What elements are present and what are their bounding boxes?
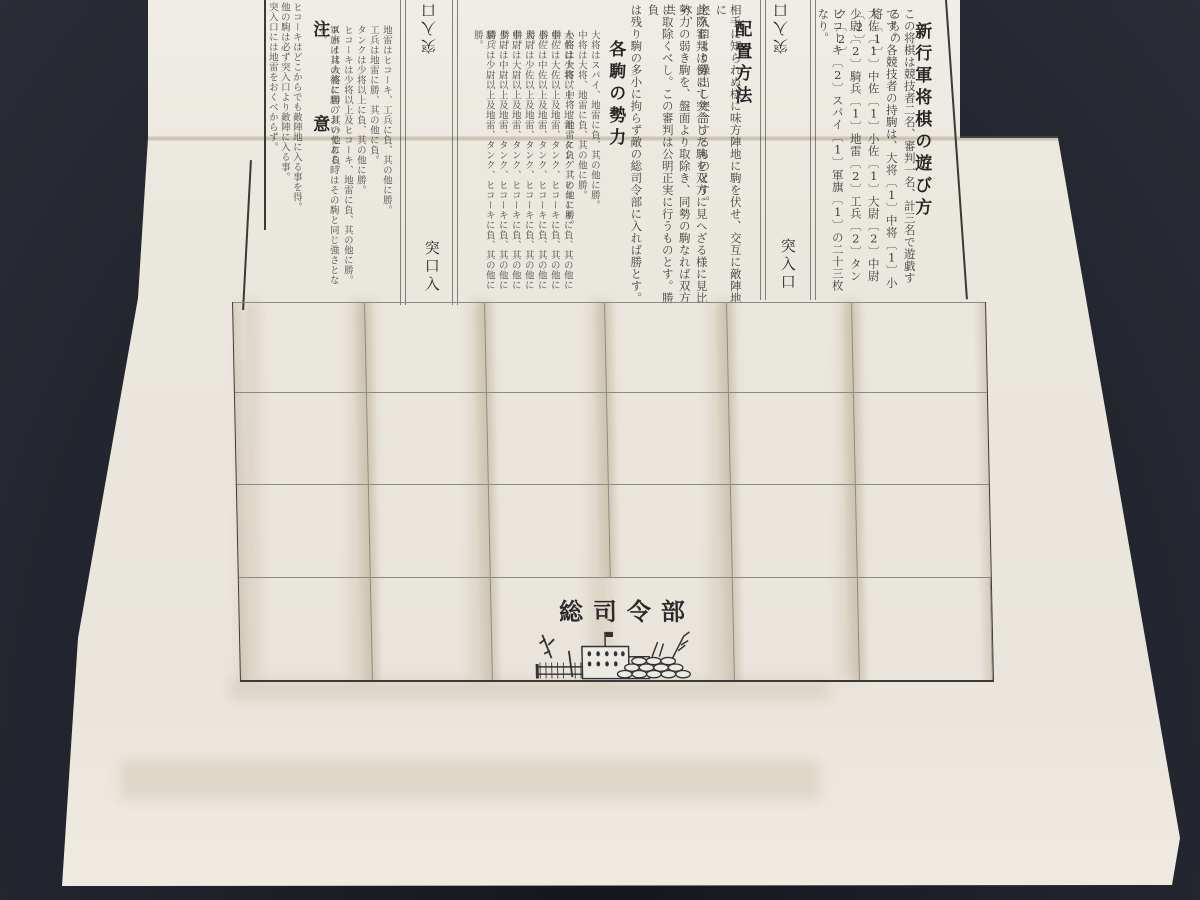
entry-column-line — [452, 0, 453, 305]
board-cell[interactable] — [487, 392, 609, 484]
board-cell[interactable] — [854, 392, 989, 484]
headquarters-label: 総司令部 — [559, 592, 696, 627]
strength-row: 騎兵は少尉以上及地雷、タンク、ヒコーキに負、其の他に勝。 — [471, 30, 495, 300]
special-strength-row: 地雷はヒコーキ、工兵に負、其の他に勝。 — [380, 25, 392, 295]
board-cell[interactable] — [609, 484, 733, 577]
board-cell[interactable] — [605, 302, 729, 392]
board-cell[interactable] — [237, 484, 371, 577]
placement-line-6: は残り駒の多小に拘らず敵の総司令部に入れば勝とす。 — [629, 4, 643, 304]
entry-column-line — [405, 0, 406, 305]
headquarters-illustration-icon — [497, 629, 728, 680]
board-cell[interactable] — [365, 302, 487, 392]
board-cell[interactable] — [858, 577, 993, 680]
entry-column-line — [457, 0, 458, 305]
board-cell[interactable] — [371, 577, 493, 680]
board-cell[interactable] — [367, 392, 489, 484]
entry-column-line — [400, 0, 401, 305]
special-strength-row: 工兵は地雷に勝、其の他に負。 — [367, 25, 379, 295]
notes-heading-2: 意 — [308, 115, 329, 137]
board-cell[interactable] — [852, 302, 987, 392]
notes-heading-1: 注 — [308, 20, 329, 42]
strength-row: 大将はスパイ、地雷に負、其の他に勝。 — [588, 30, 600, 300]
special-strength-row: タンクは少将以上に負、其の他に勝。 — [354, 25, 366, 295]
board-cell[interactable] — [485, 302, 607, 392]
entry-label-mid: 突口入 — [422, 240, 441, 294]
intro-line-5: ヒコーキ〔2〕スパイ〔1〕軍旗〔1〕の二十三枚なり。 — [816, 8, 845, 293]
stain — [230, 680, 830, 700]
board-cell[interactable] — [607, 392, 731, 484]
special-strength-row: ヒコーキは少将以上及ヒコーキ、地雷に負、其の他に勝。 — [341, 25, 353, 295]
stain — [120, 760, 820, 800]
entry-column-line — [765, 0, 766, 300]
game-board: 総司令部 — [232, 302, 994, 682]
entry-column-line — [760, 0, 761, 300]
board-cell[interactable] — [239, 577, 373, 680]
entry-label-top-right: 突入口 — [772, 0, 791, 54]
board-cell[interactable] — [233, 302, 367, 392]
special-strength-row: 軍旗は其の後に駒のおいてある時はその駒と同じ強さとなる。 — [315, 25, 339, 295]
board-cell[interactable] — [489, 484, 611, 577]
board-cell[interactable] — [369, 484, 491, 577]
board-cell[interactable] — [733, 577, 860, 680]
entry-label-top-mid: 突入口 — [420, 0, 439, 54]
placement-line-5: に取除くべし。この審判は公明正実に行うものとす。勝負 — [646, 4, 675, 304]
notes-line-2: 他の駒は必ず突入口より敵陣に入る事。 — [278, 2, 290, 302]
entry-column-line — [810, 0, 811, 300]
strength-row: 中将は大将、地雷に負、其の他に勝。 — [575, 30, 587, 300]
board-cell[interactable] — [856, 484, 991, 577]
board-cell[interactable] — [235, 392, 369, 484]
notes-line-1: ヒコーキはどこからでも敵陣地に入る事を得。 — [290, 2, 302, 302]
board-cell[interactable] — [727, 302, 854, 392]
board-cell[interactable] — [731, 484, 858, 577]
placement-line-1: 相手に知られぬ様に味方陣地に駒を伏せ、交互に敵陣地に — [714, 4, 743, 304]
strengths-heading: 各駒の勢力 — [604, 40, 625, 150]
notes-line-3: 突入口には地雷をおくべからず。 — [266, 2, 278, 302]
entry-label-right: 突入口 — [778, 238, 797, 292]
board-cell[interactable] — [729, 392, 856, 484]
headquarters-cell[interactable]: 総司令部 — [491, 577, 735, 680]
